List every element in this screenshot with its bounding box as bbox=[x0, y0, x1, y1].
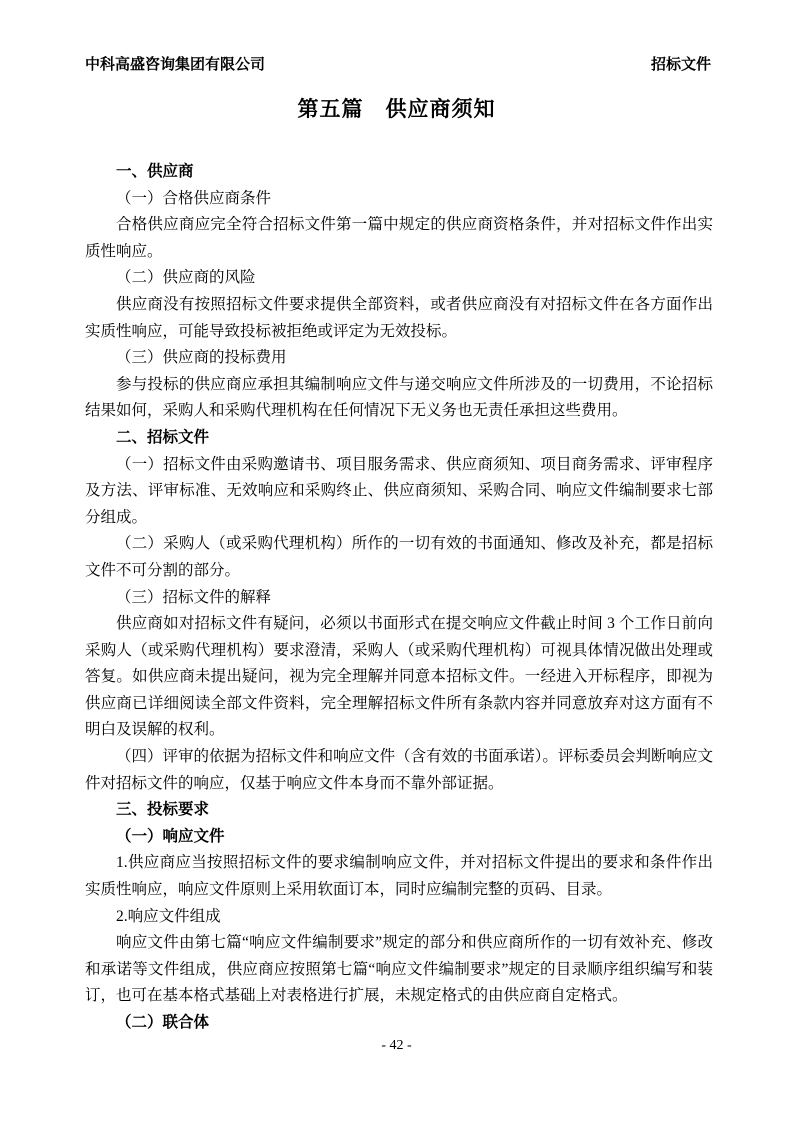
subsection-heading: （二）联合体 bbox=[85, 1010, 713, 1037]
subsection-heading: （三）招标文件的解释 bbox=[85, 585, 713, 612]
header-company-name: 中科高盛咨询集团有限公司 bbox=[85, 55, 265, 75]
body-paragraph: 供应商如对招标文件有疑问，必须以书面形式在提交响应文件截止时间 3 个工作日前向… bbox=[85, 611, 713, 744]
body-paragraph: 参与投标的供应商应承担其编制响应文件与递交响应文件所涉及的一切费用，不论招标结果… bbox=[85, 372, 713, 425]
body-paragraph: 2.响应文件组成 bbox=[85, 904, 713, 931]
page-header: 中科高盛咨询集团有限公司 招标文件 bbox=[85, 55, 711, 75]
section-heading: 一、供应商 bbox=[85, 159, 713, 186]
header-document-type: 招标文件 bbox=[651, 55, 711, 75]
subsection-heading: （二）供应商的风险 bbox=[85, 265, 713, 292]
section-heading: 二、招标文件 bbox=[85, 425, 713, 452]
document-body: 一、供应商（一）合格供应商条件合格供应商应完全符合招标文件第一篇中规定的供应商资… bbox=[85, 159, 713, 1037]
page-number: - 42 - bbox=[381, 1038, 411, 1053]
document-page: 中科高盛咨询集团有限公司 招标文件 第五篇 供应商须知 一、供应商（一）合格供应… bbox=[0, 0, 793, 1122]
subsection-heading: （一）合格供应商条件 bbox=[85, 186, 713, 213]
body-paragraph: （二）采购人（或采购代理机构）所作的一切有效的书面通知、修改及补充，都是招标文件… bbox=[85, 531, 713, 584]
subsection-heading: （三）供应商的投标费用 bbox=[85, 345, 713, 372]
body-paragraph: （四）评审的依据为招标文件和响应文件（含有效的书面承诺）。评标委员会判断响应文件… bbox=[85, 744, 713, 797]
section-heading: 三、投标要求 bbox=[85, 797, 713, 824]
body-paragraph: 1.供应商应当按照招标文件的要求编制响应文件，并对招标文件提出的要求和条件作出实… bbox=[85, 850, 713, 903]
subsection-heading: （一）响应文件 bbox=[85, 824, 713, 851]
body-paragraph: 合格供应商应完全符合招标文件第一篇中规定的供应商资格条件，并对招标文件作出实质性… bbox=[85, 212, 713, 265]
body-paragraph: 响应文件由第七篇“响应文件编制要求”规定的部分和供应商所作的一切有效补充、修改和… bbox=[85, 930, 713, 1010]
body-paragraph: 供应商没有按照招标文件要求提供全部资料，或者供应商没有对招标文件在各方面作出实质… bbox=[85, 292, 713, 345]
page-title: 第五篇 供应商须知 bbox=[0, 95, 793, 125]
body-paragraph: （一）招标文件由采购邀请书、项目服务需求、供应商须知、项目商务需求、评审程序及方… bbox=[85, 452, 713, 532]
page-footer: - 42 - bbox=[0, 1036, 793, 1056]
